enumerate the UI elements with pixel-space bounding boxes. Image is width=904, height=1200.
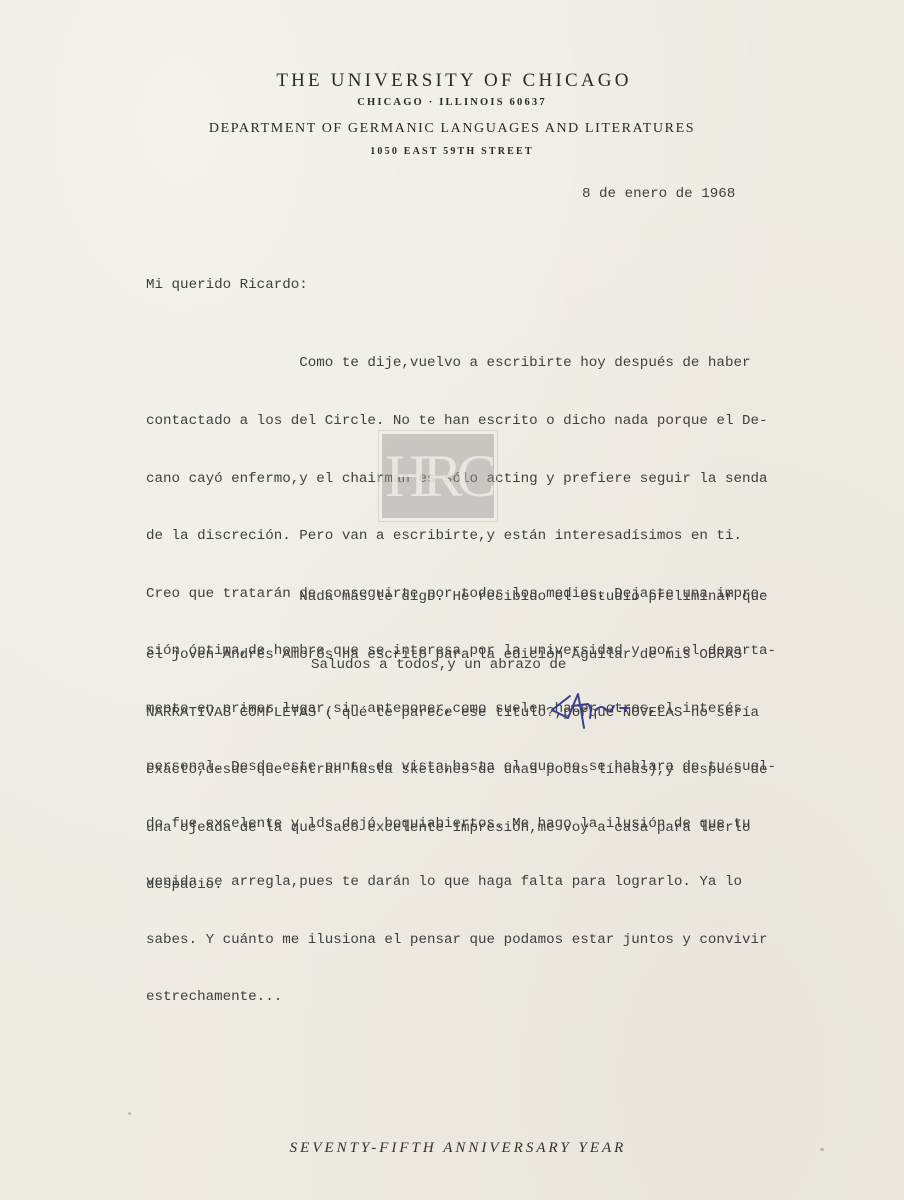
paragraph-line: Nada más te digo. He recibido el estudio… xyxy=(146,588,768,607)
letterhead-institution: THE UNIVERSITY OF CHICAGO xyxy=(4,70,904,92)
paragraph-line: de la discreción. Pero van a escribirte,… xyxy=(146,527,776,546)
letter-paragraph-2: Nada más te digo. He recibido el estudio… xyxy=(146,550,768,915)
letterhead-city: CHICAGO · ILLINOIS 60637 xyxy=(0,97,904,108)
paragraph-line: despacio. xyxy=(146,876,768,895)
letterhead-footer: SEVENTY-FIFTH ANNIVERSARY YEAR xyxy=(0,1140,904,1157)
paper-speck xyxy=(820,1148,824,1151)
paragraph-line: Como te dije,vuelvo a escribirte hoy des… xyxy=(146,354,776,373)
paragraph-line: una ojeada de la que saco excelente impr… xyxy=(146,819,768,838)
paper-speck xyxy=(128,1112,131,1115)
paragraph-line: estrechamente... xyxy=(146,988,776,1007)
letterhead-department: DEPARTMENT OF GERMANIC LANGUAGES AND LIT… xyxy=(0,121,904,137)
letter-salutation: Mi querido Ricardo: xyxy=(146,276,308,295)
letter-closing: Saludos a todos,y un abrazo de xyxy=(311,656,566,675)
paragraph-line: exacto,desde que entran hasta sketches d… xyxy=(146,761,768,780)
hrc-watermark: HRC xyxy=(382,434,494,518)
letterhead-street: 1050 EAST 59TH STREET xyxy=(0,146,904,157)
paragraph-line: NARRATIVAS COMPLETAS ( qué te parece ese… xyxy=(146,704,768,723)
paragraph-line: contactado a los del Circle. No te han e… xyxy=(146,412,776,431)
letter-date: 8 de enero de 1968 xyxy=(582,185,735,204)
handwritten-signature xyxy=(548,688,638,738)
paragraph-line: sabes. Y cuánto me ilusiona el pensar qu… xyxy=(146,931,776,950)
